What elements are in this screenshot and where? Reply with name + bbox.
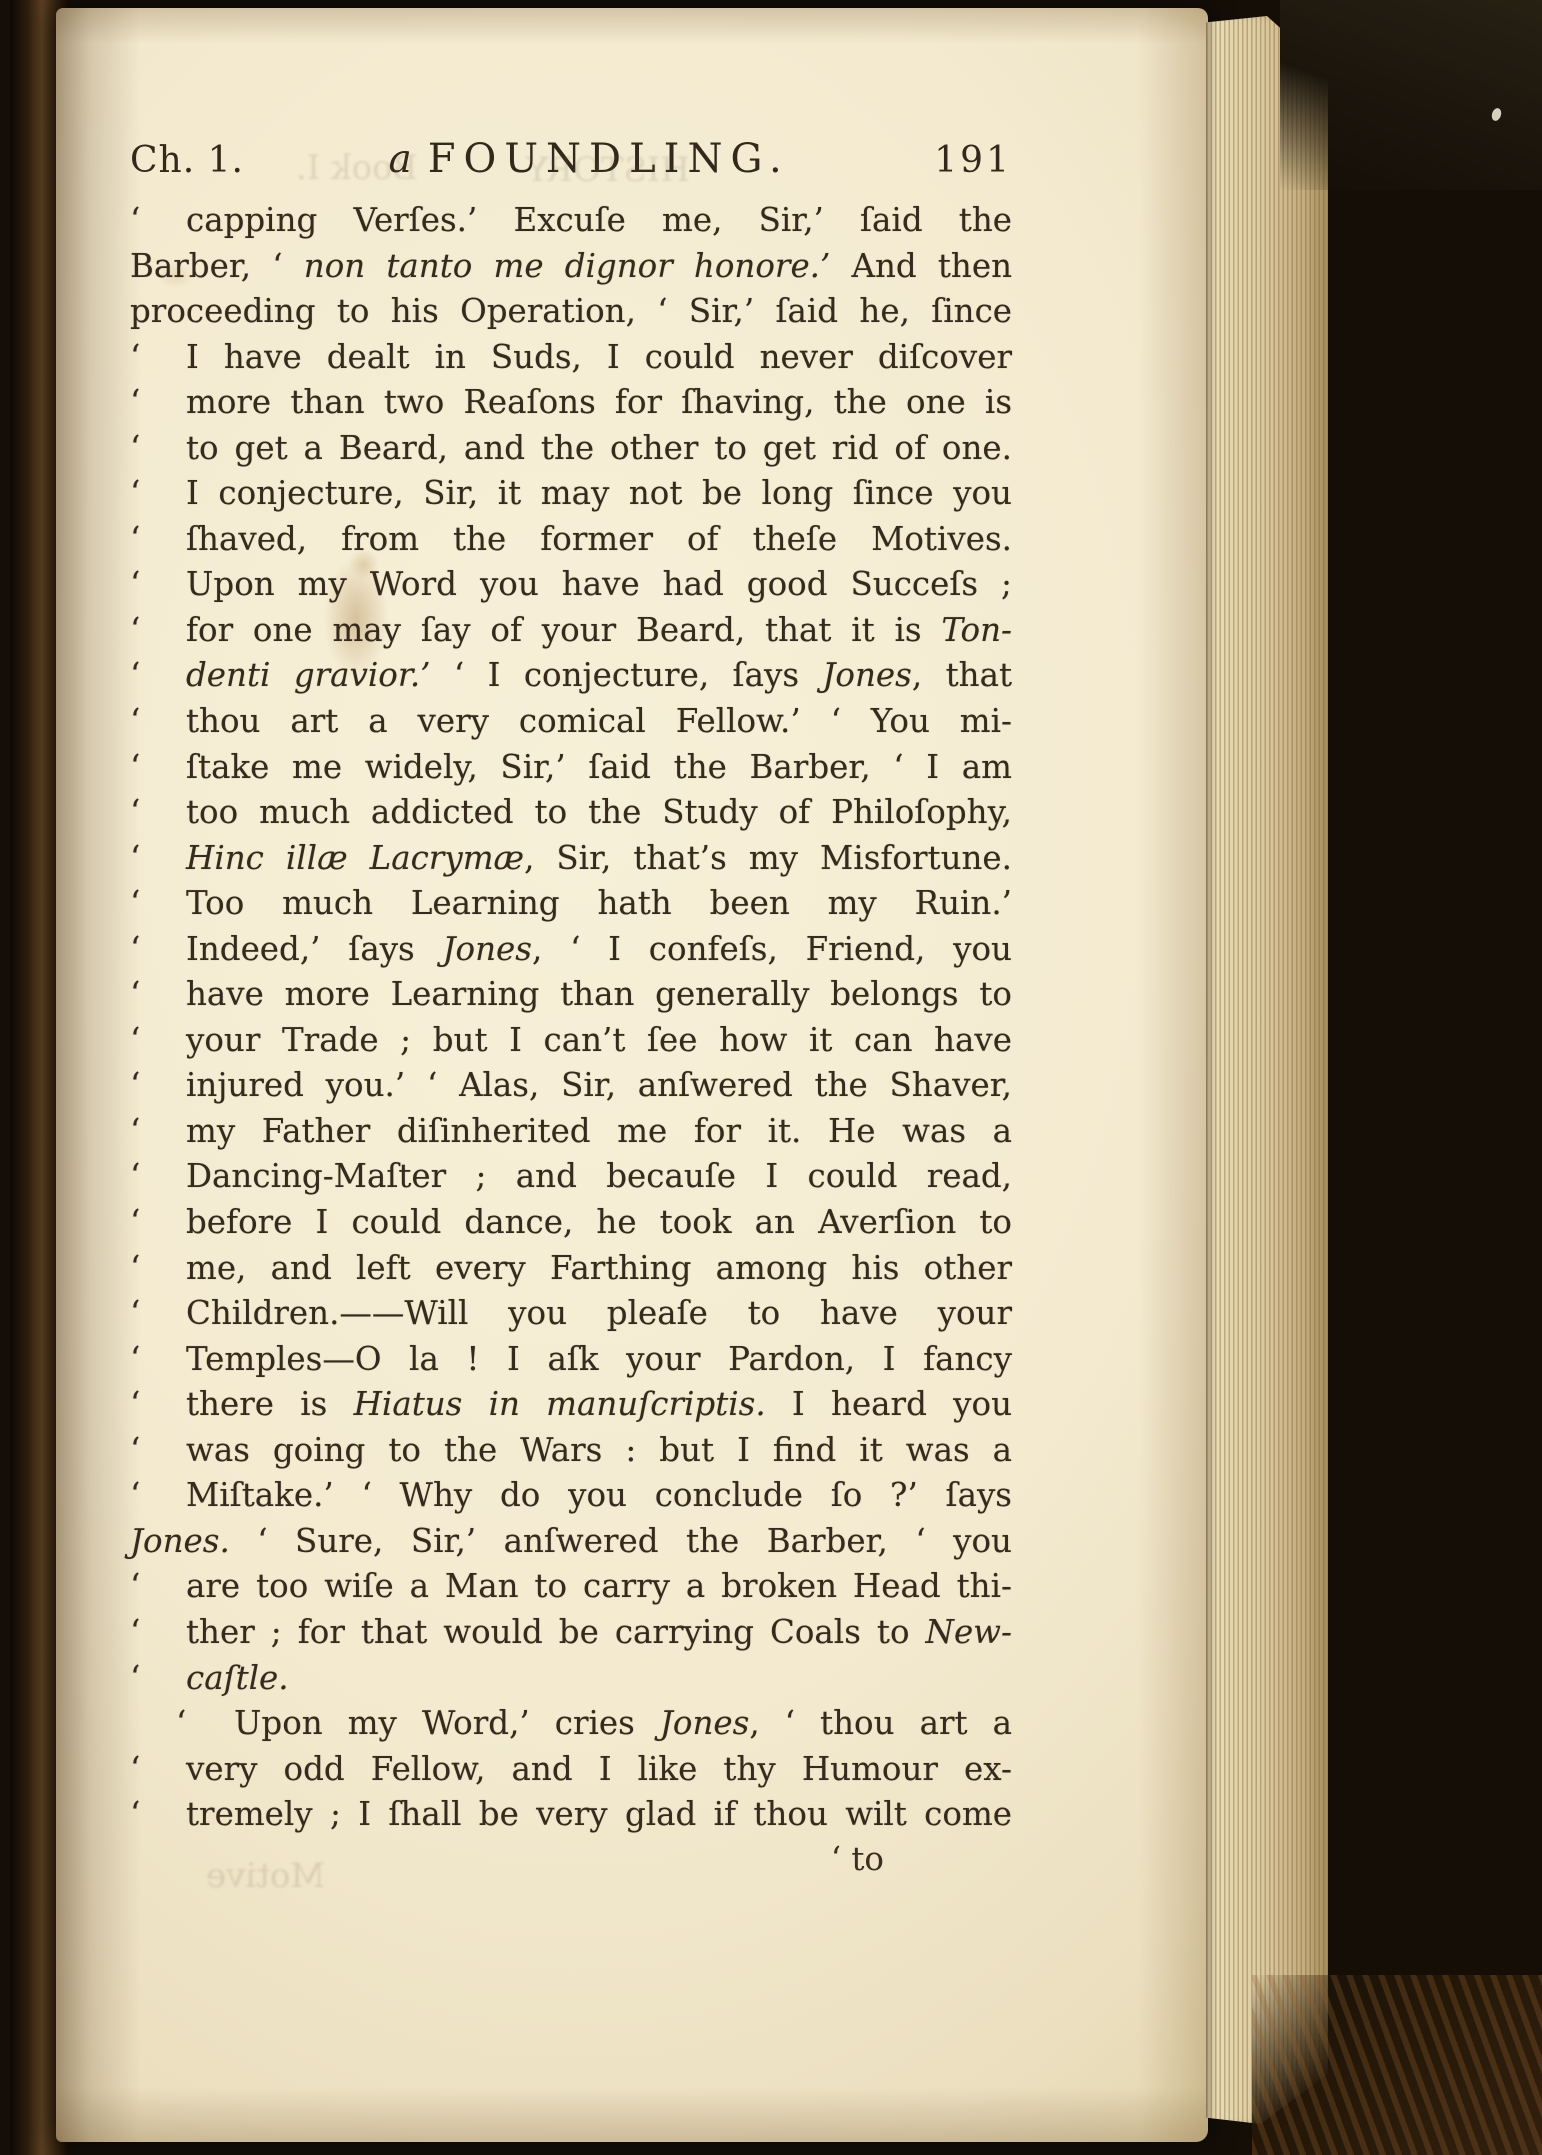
cover-corner-top-right [1280,0,1542,190]
line-segment-italic: Jones. [130,1522,230,1560]
show-through-ghost-text: Motive [206,1856,325,1896]
body-line: ‘Miſtake.’ ‘ Why do you conclude ſo ?’ ſ… [130,1473,1012,1519]
line-segment: thou art a very comical Fellow.’ ‘ You m… [186,702,1012,740]
quote-mark: ‘ [130,1610,186,1656]
quote-mark: ‘ [130,1200,186,1246]
quote-mark: ‘ [130,335,186,381]
line-segment-italic: Jones [822,656,911,694]
line-segment: very odd Fellow, and I like thy Humour e… [186,1750,1012,1788]
quote-mark: ‘ [130,1382,186,1428]
line-segment: Children.——Will you pleaſe to have your [186,1294,1012,1332]
cover-corner-bottom-right [1252,1975,1542,2155]
line-segment-italic: Ton- [941,611,1012,649]
page-number: 191 [934,140,1012,181]
line-segment: Upon my Word,’ cries [234,1704,660,1742]
line-segment: Indeed,’ ſays [186,930,443,968]
body-line: ‘Upon my Word you have had good Succeſs … [130,562,1012,608]
quote-mark: ‘ [130,653,186,699]
line-segment: capping Verſes.’ Excuſe me, Sir,’ ſaid t… [186,201,1012,239]
line-segment-italic: Jones [660,1704,749,1742]
fore-edge-page-stack [1206,16,1328,2124]
line-segment: ther ; for that would be carrying Coals … [186,1613,926,1651]
body-line: ‘thou art a very comical Fellow.’ ‘ You … [130,699,1012,745]
line-segment: are too wiſe a Man to carry a broken Hea… [186,1567,1012,1605]
body-line: ‘was going to the Wars : but I find it w… [130,1428,1012,1474]
line-segment: , Sir, that’s my Misfortune. [524,839,1012,877]
line-segment: my Father diſinherited me for it. He was… [186,1112,1012,1150]
body-line: ‘Children.——Will you pleaſe to have your [130,1291,1012,1337]
quote-mark: ‘ [130,1656,186,1702]
line-segment: there is [186,1385,354,1423]
line-segment-italic: non tanto me dignor honore.’ [304,247,831,285]
body-line: ‘capping Verſes.’ Excuſe me, Sir,’ ſaid … [130,198,1012,244]
line-segment: Temples—O la ! I aſk your Pardon, I fanc… [186,1340,1012,1378]
body-line: ‘I have dealt in Suds, I could never diſ… [130,335,1012,381]
body-line: ‘ther ; for that would be carrying Coals… [130,1610,1012,1656]
line-segment: Miſtake.’ ‘ Why do you conclude ſo ?’ ſa… [186,1476,1012,1514]
body-line: ‘ſtake me widely, Sir,’ ſaid the Barber,… [130,745,1012,791]
line-segment: ‘ I conjecture, ſays [431,656,823,694]
show-through-ghost-text: HISTORY [526,150,690,190]
quote-mark: ‘ [130,790,186,836]
line-segment: Too much Learning hath been my Ruin.’ [186,884,1012,922]
line-segment-italic: caſtle. [186,1659,289,1697]
body-line: ‘I conjecture, Sir, it may not be long ſ… [130,471,1012,517]
line-segment: to get a Beard, and the other to get rid… [186,429,1012,467]
line-segment: Dancing-Maſter ; and becauſe I could rea… [186,1157,1012,1195]
body-line: ‘to get a Beard, and the other to get ri… [130,426,1012,472]
line-segment: ‘ Sure, Sir,’ anſwered the Barber, ‘ you [230,1522,1012,1560]
line-segment: Barber, ‘ [130,247,304,285]
book-page: Ch. 1. aFOUNDLING. 191 ‘capping Verſes.’… [56,8,1208,2142]
line-segment: , that [912,656,1012,694]
body-line: ‘have more Learning than generally belon… [130,972,1012,1018]
line-segment: more than two Reaſons for ſhaving, the o… [186,383,1012,421]
line-segment: I heard you [766,1385,1012,1423]
quote-mark: ‘ [130,1291,186,1337]
body-line: ‘my Father diſinherited me for it. He wa… [130,1109,1012,1155]
quote-mark: ‘ [130,1018,186,1064]
quote-mark: ‘ [130,1063,186,1109]
line-segment-italic: denti gravior.’ [186,656,431,694]
quote-mark: ‘ [130,972,186,1018]
quote-mark: ‘ [130,426,186,472]
body-line: ‘Temples—O la ! I aſk your Pardon, I fan… [130,1337,1012,1383]
line-segment: And then [830,247,1012,285]
quote-mark: ‘ [130,517,186,563]
quote-mark: ‘ [130,608,186,654]
quote-mark: ‘ [130,1747,186,1793]
quote-mark: ‘ [130,562,186,608]
line-segment: was going to the Wars : but I find it wa… [186,1431,1012,1469]
line-segment: I have dealt in Suds, I could never diſc… [186,338,1012,376]
line-segment-italic: Hinc illæ Lacrymæ [186,839,524,877]
quote-mark: ‘ [176,1701,234,1747]
line-segment-italic: Hiatus in manuſcriptis. [354,1385,766,1423]
quote-mark: ‘ [130,471,186,517]
line-segment: ſhaved, from the former of theſe Motives… [186,520,1012,558]
quote-mark: ‘ [130,881,186,927]
body-line: ‘denti gravior.’ ‘ I conjecture, ſays Jo… [130,653,1012,699]
line-segment-italic: Jones [443,930,532,968]
body-line: ‘very odd Fellow, and I like thy Humour … [130,1747,1012,1793]
body-line: ‘Too much Learning hath been my Ruin.’ [130,881,1012,927]
line-segment: your Trade ; but I can’t ſee how it can … [186,1021,1012,1059]
quote-mark: ‘ [130,198,186,244]
body-line: ‘your Trade ; but I can’t ſee how it can… [130,1018,1012,1064]
line-segment: , ‘ thou art a [749,1704,1012,1742]
quote-mark: ‘ [130,1428,186,1474]
line-segment: Upon my Word you have had good Succeſs ; [186,565,1012,603]
chapter-label: Ch. 1. [130,140,244,181]
body-line: ‘injured you.’ ‘ Alas, Sir, anſwered the… [130,1063,1012,1109]
body-line: proceeding to his Operation, ‘ Sir,’ ſai… [130,289,1012,335]
line-segment: for one may ſay of your Beard, that it i… [186,611,941,649]
body-line: ‘me, and left every Farthing among his o… [130,1246,1012,1292]
body-line: Jones. ‘ Sure, Sir,’ anſwered the Barber… [130,1519,1012,1565]
line-segment: before I could dance, he took an Averſio… [186,1203,1012,1241]
quote-mark: ‘ [130,745,186,791]
body-line: ‘Dancing-Maſter ; and becauſe I could re… [130,1154,1012,1200]
quote-mark: ‘ [130,1337,186,1383]
line-segment: tremely ; I ſhall be very glad if thou w… [186,1795,1012,1833]
body-line: ‘Upon my Word,’ cries Jones, ‘ thou art … [130,1701,1012,1747]
line-segment-italic: New- [926,1613,1012,1651]
quote-mark: ‘ [130,836,186,882]
quote-mark: ‘ [130,1154,186,1200]
line-segment: have more Learning than generally belong… [186,975,1012,1013]
body-line: ‘there is Hiatus in manuſcriptis. I hear… [130,1382,1012,1428]
quote-mark: ‘ [130,1109,186,1155]
text-block: ‘capping Verſes.’ Excuſe me, Sir,’ ſaid … [130,198,1012,1838]
body-line: ‘Indeed,’ ſays Jones, ‘ I confeſs, Frien… [130,927,1012,973]
body-line: ‘tremely ; I ſhall be very glad if thou … [130,1792,1012,1838]
line-segment: , ‘ I confeſs, Friend, you [532,930,1012,968]
quote-mark: ‘ [130,699,186,745]
body-line: ‘caſtle. [130,1656,1012,1702]
body-line: ‘are too wiſe a Man to carry a broken He… [130,1564,1012,1610]
body-line: ‘more than two Reaſons for ſhaving, the … [130,380,1012,426]
quote-mark: ‘ [130,1792,186,1838]
quote-mark: ‘ [130,1246,186,1292]
quote-mark: ‘ [130,380,186,426]
body-line: ‘ſhaved, from the former of theſe Motive… [130,517,1012,563]
quote-mark: ‘ [130,927,186,973]
line-segment: me, and left every Farthing among his ot… [186,1249,1012,1287]
quote-mark: ‘ [130,1473,186,1519]
body-line: ‘for one may ſay of your Beard, that it … [130,608,1012,654]
quote-mark: ‘ [130,1564,186,1610]
line-segment: too much addicted to the Study of Philoſ… [186,793,1012,831]
line-segment: injured you.’ ‘ Alas, Sir, anſwered the … [186,1066,1012,1104]
line-segment: ſtake me widely, Sir,’ ſaid the Barber, … [186,748,1012,786]
body-line: ‘before I could dance, he took an Averſi… [130,1200,1012,1246]
photo-background: { "page": { "header": { "chapter": "Ch. … [0,0,1542,2155]
show-through-ghost-text: Book I. [296,148,418,188]
line-segment: proceeding to his Operation, ‘ Sir,’ ſai… [130,292,1012,330]
line-segment: I conjecture, Sir, it may not be long ſi… [186,474,1012,512]
body-line: ‘Hinc illæ Lacrymæ, Sir, that’s my Misfo… [130,836,1012,882]
body-line: Barber, ‘ non tanto me dignor honore.’ A… [130,244,1012,290]
body-line: ‘too much addicted to the Study of Philo… [130,790,1012,836]
